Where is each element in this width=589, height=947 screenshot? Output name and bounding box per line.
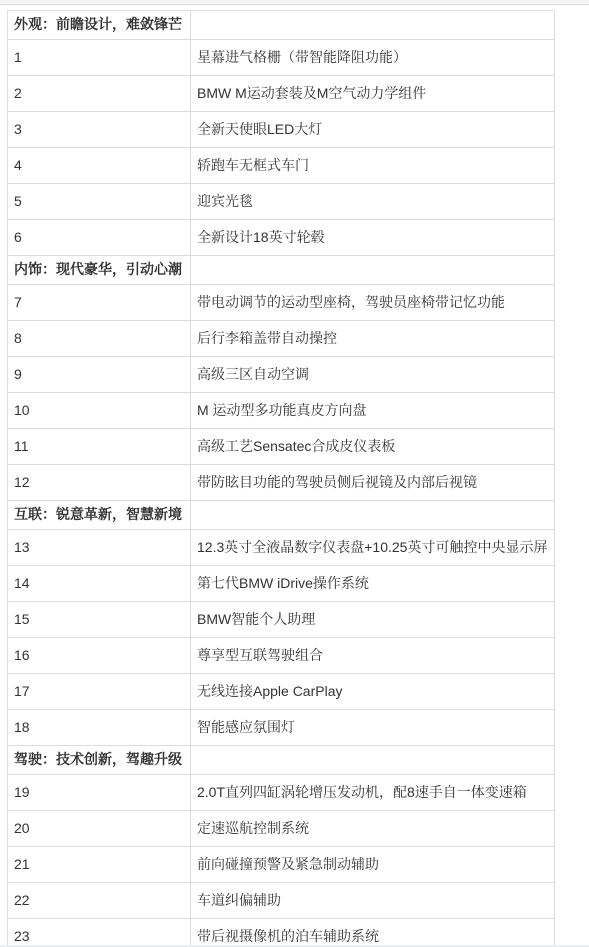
- feature-number: 1: [8, 40, 191, 76]
- section-header-row: 内饰：现代豪华，引动心潮: [8, 256, 555, 285]
- feature-row: 4轿跑车无框式车门: [8, 148, 555, 184]
- feature-number: 4: [8, 148, 191, 184]
- feature-row: 6全新设计18英寸轮毂: [8, 220, 555, 256]
- feature-row: 15BMW智能个人助理: [8, 602, 555, 638]
- feature-number: 14: [8, 566, 191, 602]
- feature-description: 后行李箱盖带自动操控: [191, 321, 555, 357]
- feature-row: 22车道纠偏辅助: [8, 883, 555, 919]
- feature-row: 10M 运动型多功能真皮方向盘: [8, 393, 555, 429]
- feature-description: 全新设计18英寸轮毂: [191, 220, 555, 256]
- feature-number: 8: [8, 321, 191, 357]
- feature-number: 16: [8, 638, 191, 674]
- feature-number: 13: [8, 530, 191, 566]
- feature-number: 6: [8, 220, 191, 256]
- feature-description: 轿跑车无框式车门: [191, 148, 555, 184]
- feature-row: 12带防眩目功能的驾驶员侧后视镜及内部后视镜: [8, 465, 555, 501]
- section-header-row: 外观：前瞻设计，难敛锋芒: [8, 11, 555, 40]
- feature-number: 9: [8, 357, 191, 393]
- feature-description: 高级工艺Sensatec合成皮仪表板: [191, 429, 555, 465]
- feature-row: 8后行李箱盖带自动操控: [8, 321, 555, 357]
- feature-description: 星幕进气格栅（带智能降阻功能）: [191, 40, 555, 76]
- feature-number: 18: [8, 710, 191, 746]
- feature-number: 5: [8, 184, 191, 220]
- feature-row: 2BMW M运动套装及M空气动力学组件: [8, 76, 555, 112]
- feature-row: 18智能感应氛围灯: [8, 710, 555, 746]
- feature-description: 全新天使眼LED大灯: [191, 112, 555, 148]
- features-table: 外观：前瞻设计，难敛锋芒1星幕进气格栅（带智能降阻功能）2BMW M运动套装及M…: [7, 10, 555, 947]
- feature-number: 23: [8, 919, 191, 947]
- feature-description: 迎宾光毯: [191, 184, 555, 220]
- feature-description: 带电动调节的运动型座椅，驾驶员座椅带记忆功能: [191, 285, 555, 321]
- feature-description: 第七代BMW iDrive操作系统: [191, 566, 555, 602]
- feature-row: 16尊享型互联驾驶组合: [8, 638, 555, 674]
- feature-description: BMW M运动套装及M空气动力学组件: [191, 76, 555, 112]
- feature-number: 10: [8, 393, 191, 429]
- feature-row: 192.0T直列四缸涡轮增压发动机，配8速手自一体变速箱: [8, 775, 555, 811]
- feature-row: 3全新天使眼LED大灯: [8, 112, 555, 148]
- feature-description: 前向碰撞预警及紧急制动辅助: [191, 847, 555, 883]
- feature-number: 2: [8, 76, 191, 112]
- feature-row: 14第七代BMW iDrive操作系统: [8, 566, 555, 602]
- feature-description: 带防眩目功能的驾驶员侧后视镜及内部后视镜: [191, 465, 555, 501]
- feature-number: 20: [8, 811, 191, 847]
- feature-number: 7: [8, 285, 191, 321]
- feature-description: 尊享型互联驾驶组合: [191, 638, 555, 674]
- section-header-spacer: [191, 746, 555, 775]
- section-header-spacer: [191, 256, 555, 285]
- feature-row: 23带后视摄像机的泊车辅助系统: [8, 919, 555, 947]
- feature-number: 21: [8, 847, 191, 883]
- feature-row: 21前向碰撞预警及紧急制动辅助: [8, 847, 555, 883]
- feature-number: 15: [8, 602, 191, 638]
- section-header-row: 互联：锐意革新，智慧新境: [8, 501, 555, 530]
- feature-number: 22: [8, 883, 191, 919]
- feature-description: 2.0T直列四缸涡轮增压发动机，配8速手自一体变速箱: [191, 775, 555, 811]
- feature-description: M 运动型多功能真皮方向盘: [191, 393, 555, 429]
- section-header-title: 互联：锐意革新，智慧新境: [8, 501, 191, 530]
- feature-number: 11: [8, 429, 191, 465]
- feature-row: 20定速巡航控制系统: [8, 811, 555, 847]
- section-header-row: 驾驶：技术创新，驾趣升级: [8, 746, 555, 775]
- feature-row: 5迎宾光毯: [8, 184, 555, 220]
- section-header-title: 外观：前瞻设计，难敛锋芒: [8, 11, 191, 40]
- feature-row: 1星幕进气格栅（带智能降阻功能）: [8, 40, 555, 76]
- feature-number: 12: [8, 465, 191, 501]
- top-edge-strip: [0, 0, 589, 5]
- feature-number: 17: [8, 674, 191, 710]
- feature-description: 高级三区自动空调: [191, 357, 555, 393]
- section-header-title: 内饰：现代豪华，引动心潮: [8, 256, 191, 285]
- feature-description: 无线连接Apple CarPlay: [191, 674, 555, 710]
- feature-description: 定速巡航控制系统: [191, 811, 555, 847]
- feature-description: 智能感应氛围灯: [191, 710, 555, 746]
- feature-description: BMW智能个人助理: [191, 602, 555, 638]
- feature-row: 17无线连接Apple CarPlay: [8, 674, 555, 710]
- feature-description: 带后视摄像机的泊车辅助系统: [191, 919, 555, 947]
- feature-number: 19: [8, 775, 191, 811]
- feature-description: 12.3英寸全液晶数字仪表盘+10.25英寸可触控中央显示屏: [191, 530, 555, 566]
- feature-description: 车道纠偏辅助: [191, 883, 555, 919]
- section-header-title: 驾驶：技术创新，驾趣升级: [8, 746, 191, 775]
- features-table-body: 外观：前瞻设计，难敛锋芒1星幕进气格栅（带智能降阻功能）2BMW M运动套装及M…: [8, 11, 555, 947]
- section-header-spacer: [191, 11, 555, 40]
- feature-row: 9高级三区自动空调: [8, 357, 555, 393]
- feature-row: 11高级工艺Sensatec合成皮仪表板: [8, 429, 555, 465]
- section-header-spacer: [191, 501, 555, 530]
- feature-number: 3: [8, 112, 191, 148]
- feature-row: 7带电动调节的运动型座椅，驾驶员座椅带记忆功能: [8, 285, 555, 321]
- feature-row: 1312.3英寸全液晶数字仪表盘+10.25英寸可触控中央显示屏: [8, 530, 555, 566]
